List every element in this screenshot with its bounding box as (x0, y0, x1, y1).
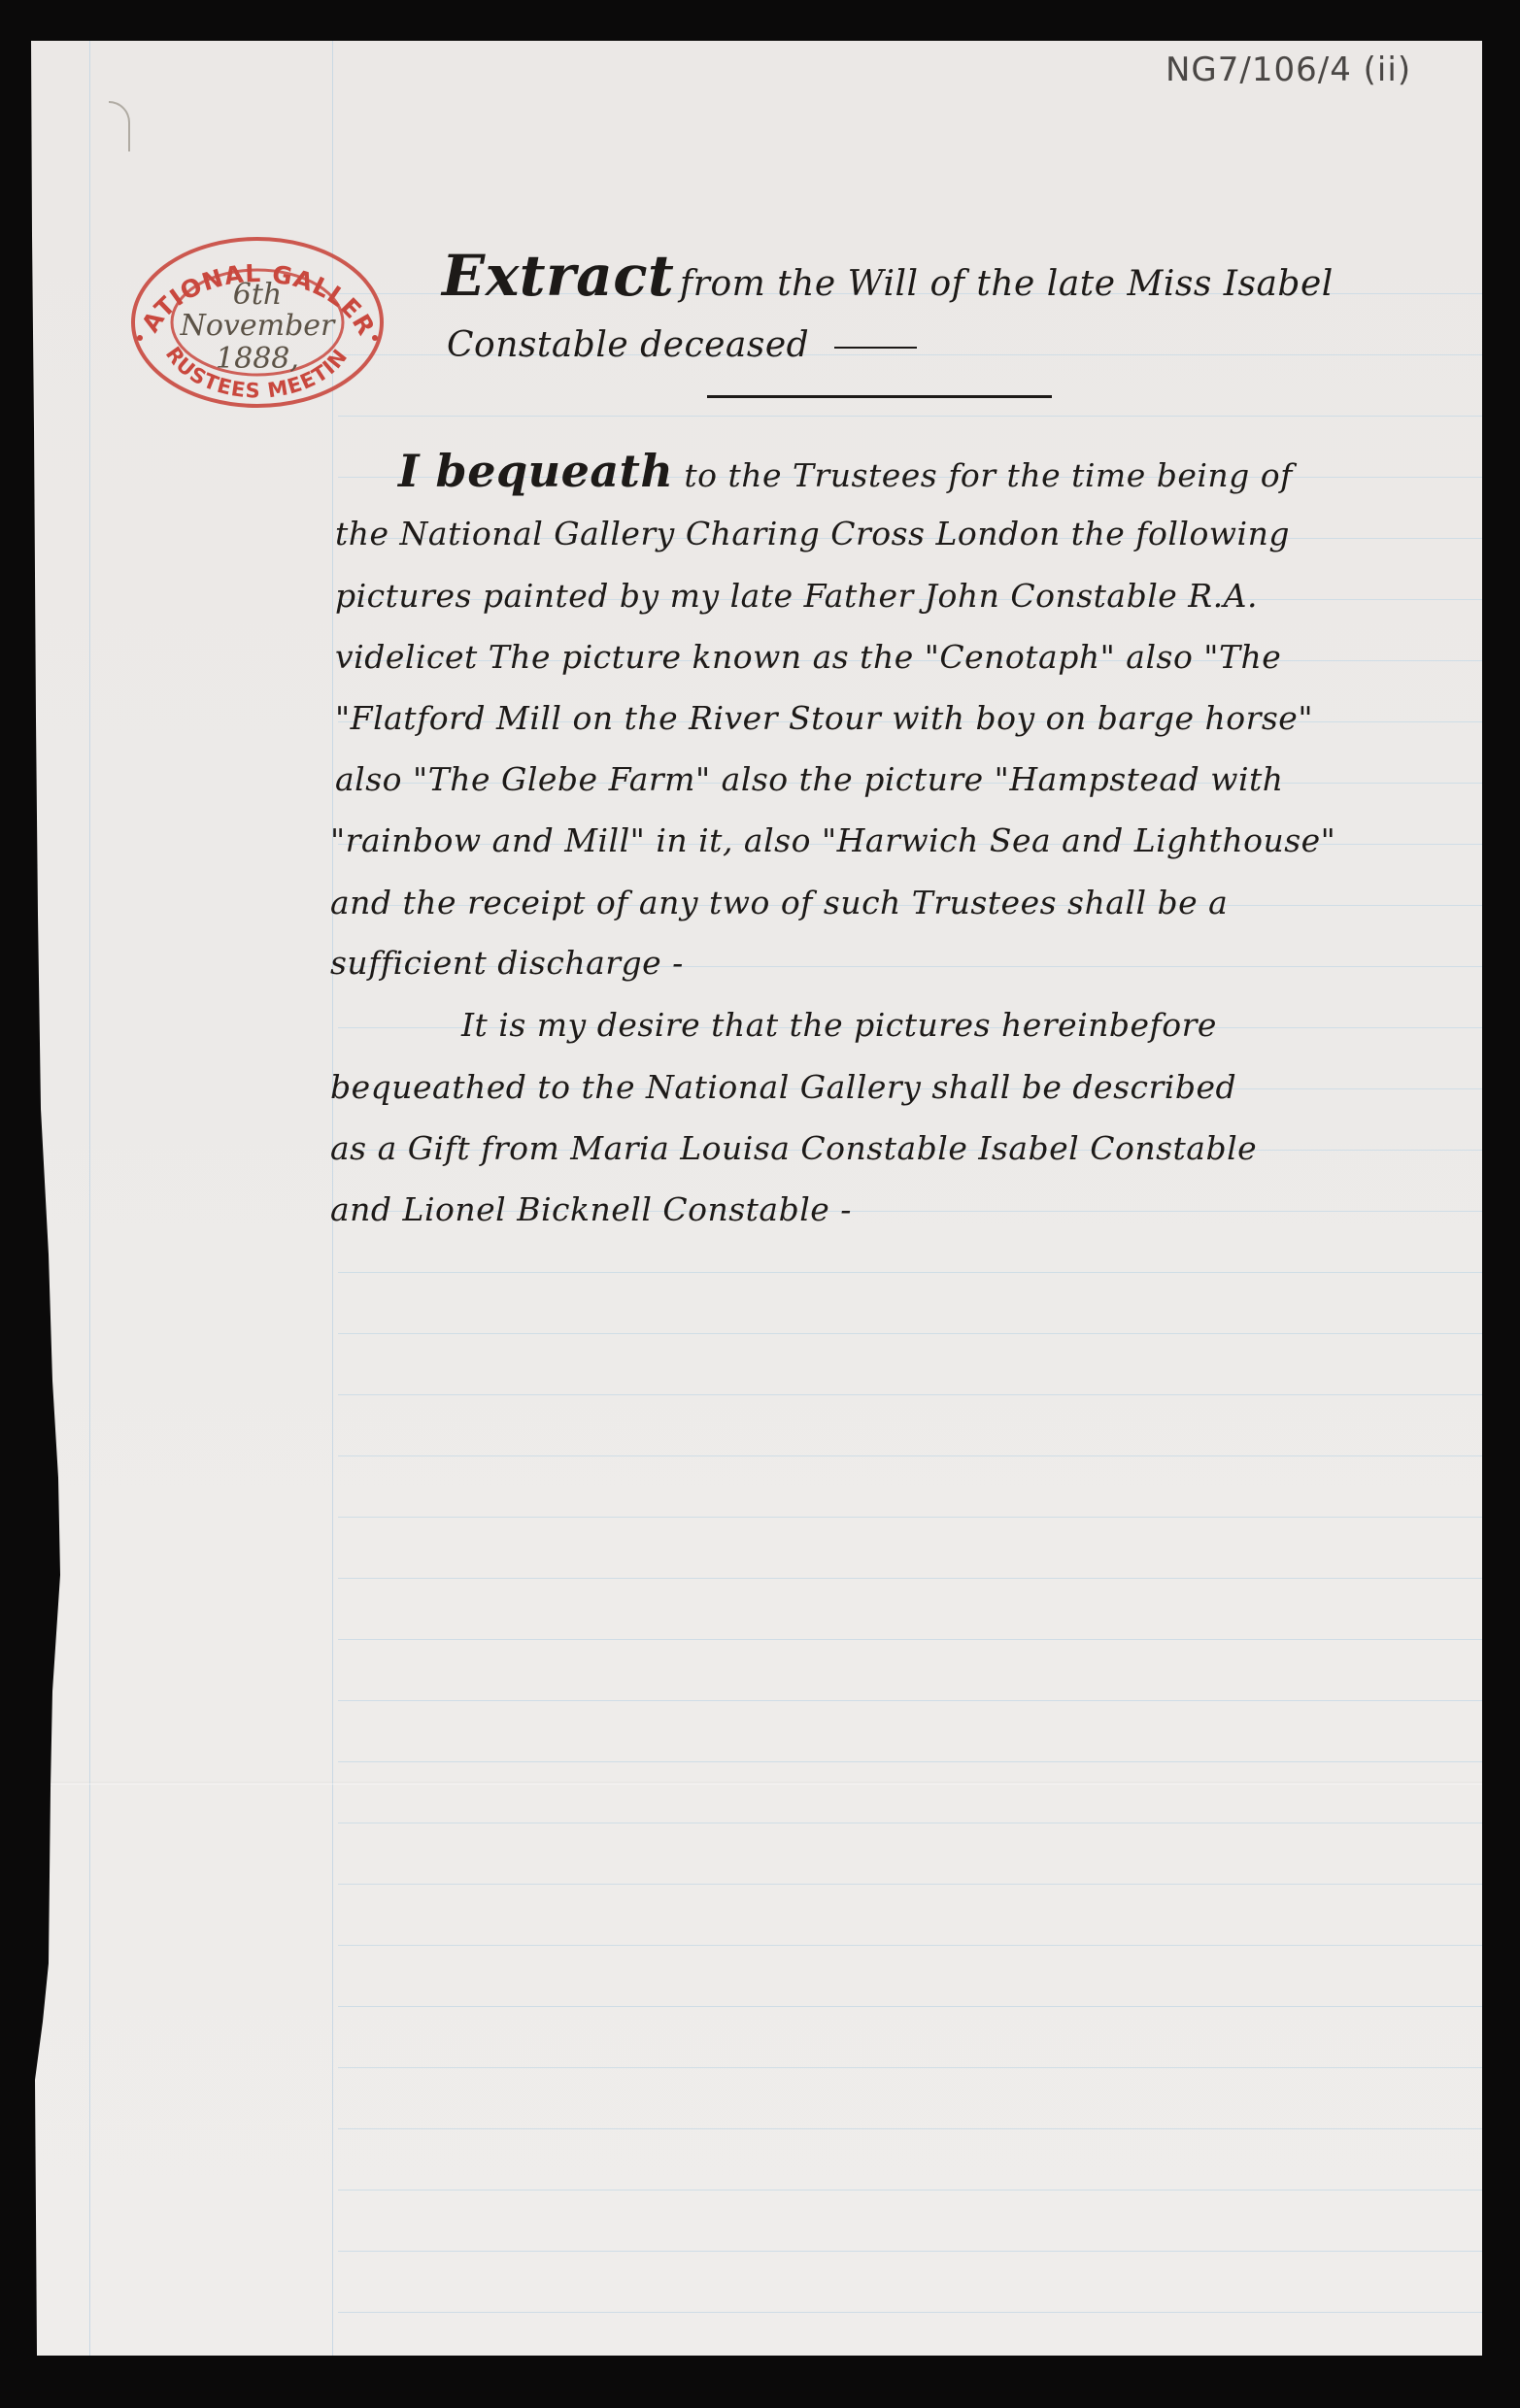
title-underline (707, 395, 1052, 398)
ruled-line (338, 1945, 1482, 1946)
title-line-2: Constable deceased (447, 325, 917, 365)
ruled-line (338, 1823, 1482, 1823)
body-line: and the receipt of any two of such Trust… (330, 884, 1228, 921)
ruled-line (338, 2006, 1482, 2007)
body-line: bequeathed to the National Gallery shall… (330, 1068, 1236, 1106)
title-dash (834, 347, 917, 349)
ruled-line (338, 1639, 1482, 1640)
paper-fold (29, 1782, 1482, 1785)
ruled-line (338, 1884, 1482, 1885)
title-lead-word: Extract (442, 243, 674, 309)
ruled-line (338, 1394, 1482, 1395)
stamp-month: November (126, 309, 388, 343)
body-line: pictures painted by my late Father John … (335, 577, 1258, 615)
ruled-line (338, 2312, 1482, 2313)
ruled-line (338, 416, 1482, 417)
stamp-day: 6th (126, 278, 388, 312)
archive-reference: NG7/106/4 (ii) (1165, 50, 1411, 89)
body-line: also "The Glebe Farm" also the picture "… (335, 760, 1284, 798)
body-line: as a Gift from Maria Louisa Constable Is… (330, 1129, 1257, 1167)
body-line: the National Gallery Charing Cross Londo… (335, 515, 1290, 552)
title-line-1: from the Will of the late Miss Isabel (680, 264, 1334, 304)
ruled-line (338, 1272, 1482, 1273)
ruled-line (338, 1517, 1482, 1518)
body-line: and Lionel Bicknell Constable - (330, 1190, 852, 1228)
ruled-line (338, 1455, 1482, 1456)
body-line: "Flatford Mill on the River Stour with b… (335, 699, 1313, 737)
ruled-line (338, 2128, 1482, 2129)
stamp-year: 1888, (126, 342, 388, 376)
ruled-line (338, 1761, 1482, 1762)
ruled-line (338, 1700, 1482, 1701)
ruled-line (338, 1578, 1482, 1579)
trustees-meeting-stamp: NATIONAL GALLERY TRUSTEES MEETING 6th No… (126, 233, 388, 413)
ruled-line (338, 2190, 1482, 2191)
body-line: I bequeath to the Trustees for the time … (398, 445, 1293, 497)
body-line: "rainbow and Mill" in it, also "Harwich … (330, 821, 1335, 859)
ruled-line (338, 2067, 1482, 2068)
document-title: Extract from the Will of the late Miss I… (442, 243, 1334, 309)
ruled-line (338, 1333, 1482, 1334)
body-line: videlicet The picture known as the "Ceno… (335, 638, 1281, 676)
body-line: It is my desire that the pictures herein… (461, 1006, 1217, 1044)
bequeath-emphasis: I bequeath (398, 445, 673, 497)
body-line: sufficient discharge - (330, 944, 684, 982)
left-edge-rule (89, 41, 90, 2356)
ruled-line (338, 2251, 1482, 2252)
